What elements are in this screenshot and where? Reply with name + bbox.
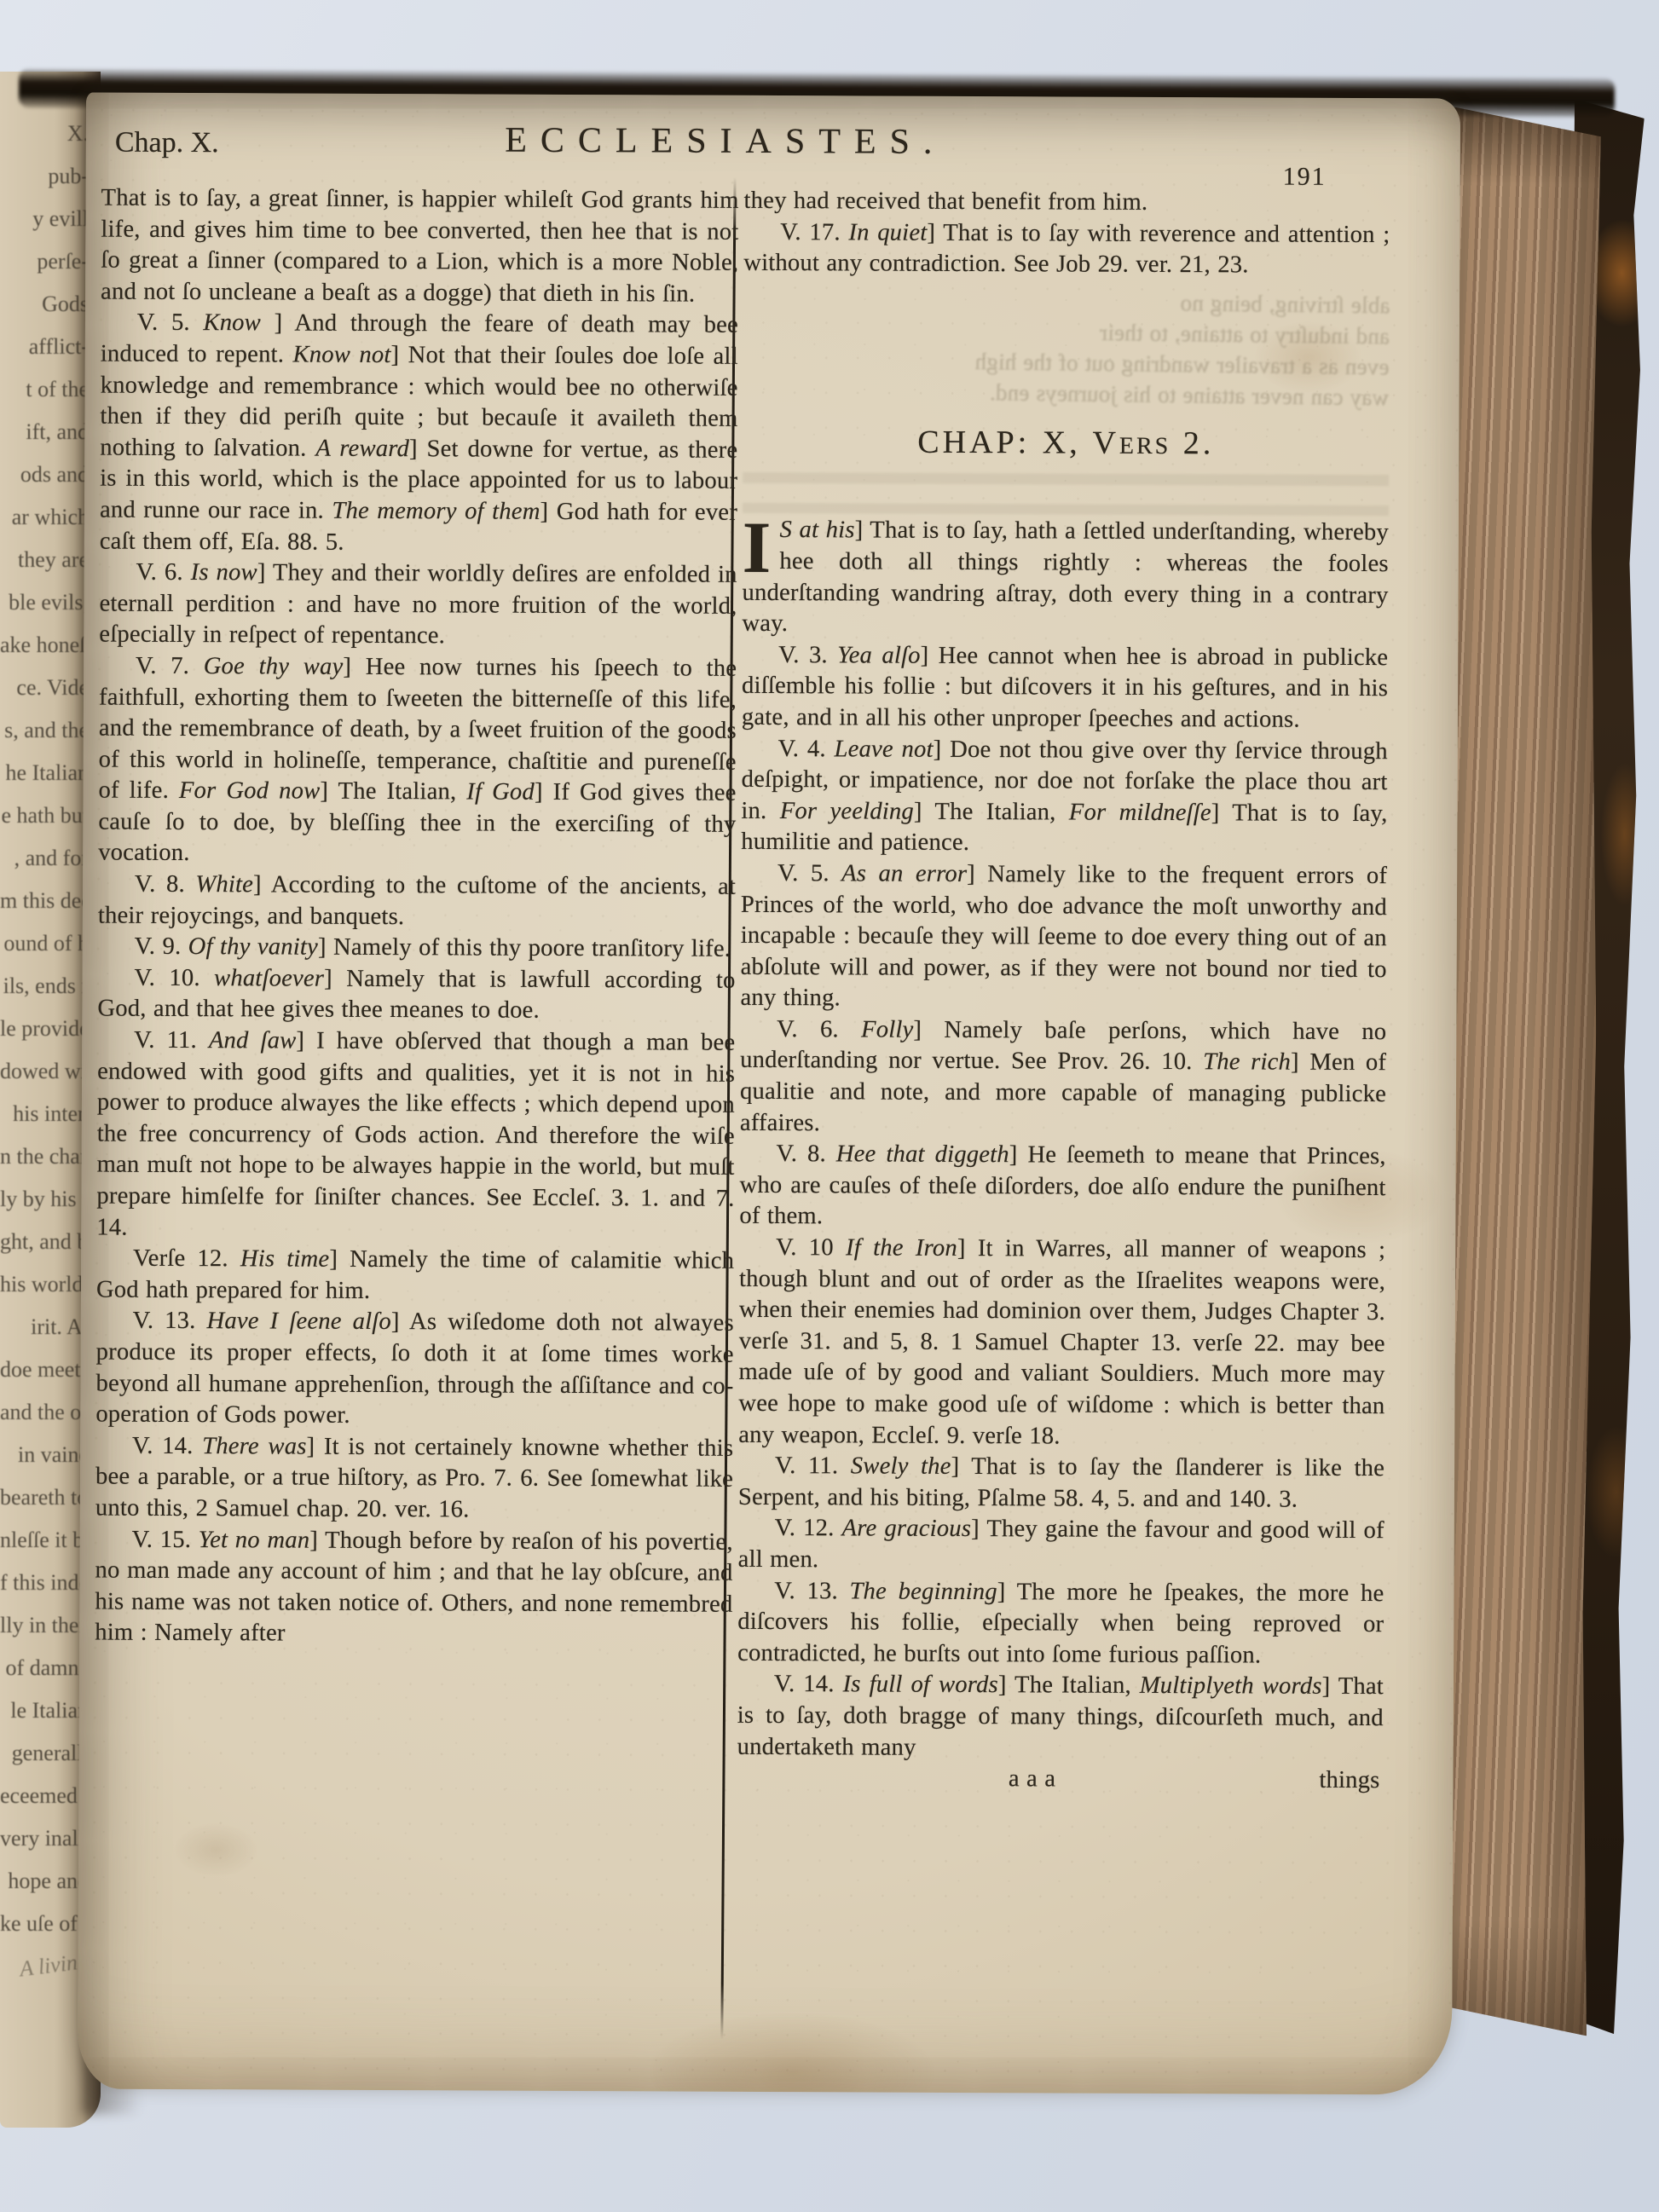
- paragraph: V. 14. Is full of words] The Italian, Mu…: [737, 1669, 1384, 1765]
- fragment-line: hope and: [0, 1860, 89, 1903]
- fragment-line: ce. Vide: [0, 667, 89, 709]
- fragment-line: le provide: [0, 1008, 89, 1050]
- fragment-line: X.: [0, 113, 89, 155]
- fragment-line: A living: [0, 1940, 89, 1988]
- fragment-line: ils, ends r: [0, 965, 89, 1008]
- paragraph: V. 6. Folly] Namely baſe perſons, which …: [740, 1014, 1387, 1142]
- fragment-line: doe meet o: [0, 1349, 89, 1391]
- fragment-line: beareth to ſ: [0, 1476, 89, 1519]
- fragment-line: t of the: [0, 368, 89, 411]
- fragment-line: generall,: [0, 1732, 89, 1775]
- paragraph: V. 14. There was] It is not certainely k…: [95, 1430, 733, 1527]
- fragment-line: f this inde: [0, 1562, 89, 1604]
- paragraph: V. 13. Have I ſeene alſo] As wiſedome do…: [95, 1306, 734, 1434]
- page-text: Chap. X. ECCLESIASTES. 191 That is to ſa…: [78, 92, 1460, 2094]
- paragraph: V. 17. In quiet] That is to ſay with rev…: [743, 217, 1390, 281]
- paragraph: V. 7. Goe thy way] Hee now turnes his ſp…: [98, 650, 737, 871]
- paragraph: V. 9. Of thy vanity] Namely of this thy …: [98, 932, 736, 966]
- paragraph: V. 5. Know ] And through the feare of de…: [100, 308, 738, 560]
- fragment-line: ght, and by: [0, 1221, 89, 1263]
- paragraph: V. 5. As an error] Namely like to the fr…: [740, 858, 1387, 1017]
- fragment-line: ke uſe of th: [0, 1903, 89, 1945]
- fragment-line: afflict-: [0, 326, 89, 368]
- paragraph: IS at his] That is to ſay, hath a ſettle…: [742, 515, 1389, 643]
- fragment-line: ly by his o: [0, 1178, 89, 1221]
- fragment-line: ake honeſt: [0, 624, 89, 667]
- paragraph: V. 11. Swely the] That is to ſay the ſla…: [738, 1451, 1384, 1516]
- paragraph: V. 12. Are gracious] They gaine the favo…: [738, 1513, 1384, 1578]
- left-column: That is to ſay, a great ſinner, is happi…: [95, 183, 738, 1652]
- right-column: they had received that benefit from him.…: [737, 186, 1390, 1797]
- fragment-line: y evill: [0, 198, 89, 240]
- fragment-line: , and for: [0, 837, 89, 880]
- fragment-line: m this dee: [0, 880, 89, 922]
- fragment-line: in vaine: [0, 1434, 89, 1476]
- drop-cap: I: [743, 515, 780, 575]
- paragraph: V. 10 If the Iron] It in Warres, all man…: [738, 1233, 1385, 1453]
- paragraph: V. 10. whatſoever] Namely that is lawful…: [97, 962, 735, 1027]
- page-block-fore-edge: [1444, 107, 1601, 2036]
- paragraph: V. 3. Yea alſo] Hee cannot when hee is a…: [742, 640, 1388, 736]
- fragment-line: eceemed fo: [0, 1775, 89, 1817]
- paragraph: Verſe 12. His time] Namely the time of c…: [96, 1244, 734, 1308]
- fragment-line: ods and: [0, 453, 89, 496]
- paragraph: V. 8. Hee that diggeth] He ſeemeth to me…: [739, 1139, 1385, 1235]
- fragment-line: perſe-: [0, 240, 89, 283]
- fragment-line: n the chan: [0, 1135, 89, 1178]
- fragment-line: of damna: [0, 1647, 89, 1689]
- paragraph: V. 11. And ſaw] I have obſerved that tho…: [96, 1025, 735, 1246]
- running-header-title: ECCLESIASTES.: [86, 118, 1365, 165]
- fragment-line: dowed wit: [0, 1050, 89, 1093]
- paragraph: V. 13. The beginning] The more he ſpeake…: [737, 1575, 1384, 1672]
- paragraph: V. 6. Is now] They and their worldly deſ…: [99, 557, 737, 654]
- paragraph: V. 15. Yet no man] Though before by reaſ…: [95, 1524, 733, 1652]
- fragment-line: he Italian: [0, 752, 89, 794]
- paragraph: That is to ſay, a great ſinner, is happi…: [101, 183, 739, 311]
- bleedthrough-text: able ſtriving, being noand induſtry to a…: [743, 281, 1390, 413]
- fragment-line: irit. Al: [0, 1306, 89, 1349]
- fragment-line: pub-: [0, 155, 89, 198]
- fragment-line: nleſſe it be: [0, 1519, 89, 1562]
- fragment-line: Gods: [0, 283, 89, 326]
- fragment-line: very inall,: [0, 1817, 89, 1860]
- fragment-line: his inten: [0, 1093, 89, 1135]
- prev-page-fragments: X.pub-y evillperſe-Godsafflict-t of thei…: [0, 113, 89, 1988]
- fragment-line: lly in their: [0, 1604, 89, 1647]
- fragment-line: s, and the: [0, 709, 89, 752]
- fragment-line: ift, and: [0, 411, 89, 453]
- fragment-line: his world,: [0, 1263, 89, 1306]
- fragment-line: le Italian: [0, 1689, 89, 1732]
- fragment-line: ble evils,: [0, 581, 89, 624]
- fragment-line: and the oth: [0, 1391, 89, 1434]
- paragraph: V. 8. White] According to the cuſtome of…: [98, 869, 736, 934]
- fragment-line: e hath but: [0, 794, 89, 837]
- paragraph: they had received that benefit from him.: [743, 186, 1390, 220]
- catchword: things: [1319, 1765, 1379, 1797]
- paragraph: V. 4. Leave not] Doe not thou give over …: [741, 733, 1388, 861]
- signature-mark: a a a: [1009, 1764, 1056, 1795]
- photo-background: X.pub-y evillperſe-Godsafflict-t of thei…: [0, 0, 1659, 2212]
- fragment-line: they are: [0, 539, 89, 581]
- fragment-line: ound of h: [0, 922, 89, 965]
- chapter-heading: CHAP: X, VERS 2.: [743, 426, 1389, 464]
- bleedthrough-smudge: [743, 472, 1389, 516]
- fragment-line: ar which: [0, 496, 89, 539]
